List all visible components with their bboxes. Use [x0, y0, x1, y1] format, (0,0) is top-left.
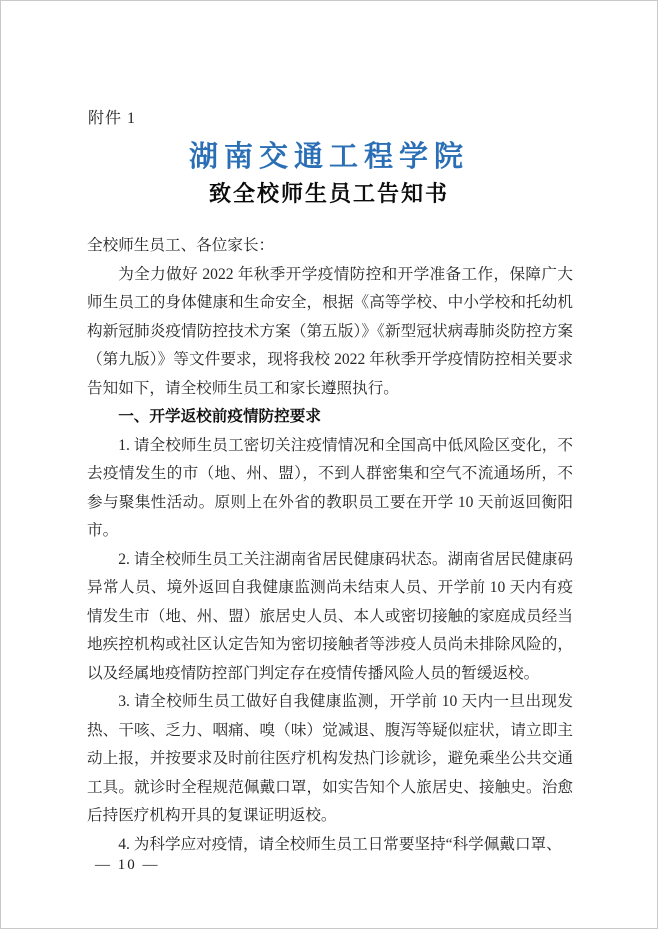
requirement-item-2: 2. 请全校师生员工关注湖南省居民健康码状态。湖南省居民健康码异常人员、境外返回… — [87, 546, 573, 689]
requirement-item-4: 4. 为科学应对疫情，请全校师生员工日常要坚持“科学佩戴口罩、 — [87, 831, 573, 860]
requirement-item-3: 3. 请全校师生员工做好自我健康监测，开学前 10 天内一旦出现发热、干咳、乏力… — [87, 688, 573, 831]
page-number: — 10 — — [95, 857, 160, 874]
section-heading: 一、开学返校前疫情防控要求 — [87, 403, 573, 432]
salutation: 全校师生员工、各位家长： — [87, 232, 573, 261]
document-page: 附件 1 湖南交通工程学院 致全校师生员工告知书 全校师生员工、各位家长： 为全… — [0, 0, 658, 929]
intro-paragraph: 为全力做好 2022 年秋季开学疫情防控和开学准备工作，保障广大师生员工的身体健… — [87, 261, 573, 404]
document-title: 致全校师生员工告知书 — [1, 177, 657, 208]
requirement-item-1: 1. 请全校师生员工密切关注疫情情况和全国高中低风险区变化，不去疫情发生的市（地… — [87, 432, 573, 546]
school-name: 湖南交通工程学院 — [1, 134, 657, 175]
document-body: 全校师生员工、各位家长： 为全力做好 2022 年秋季开学疫情防控和开学准备工作… — [87, 232, 573, 859]
attachment-label: 附件 1 — [88, 105, 136, 128]
